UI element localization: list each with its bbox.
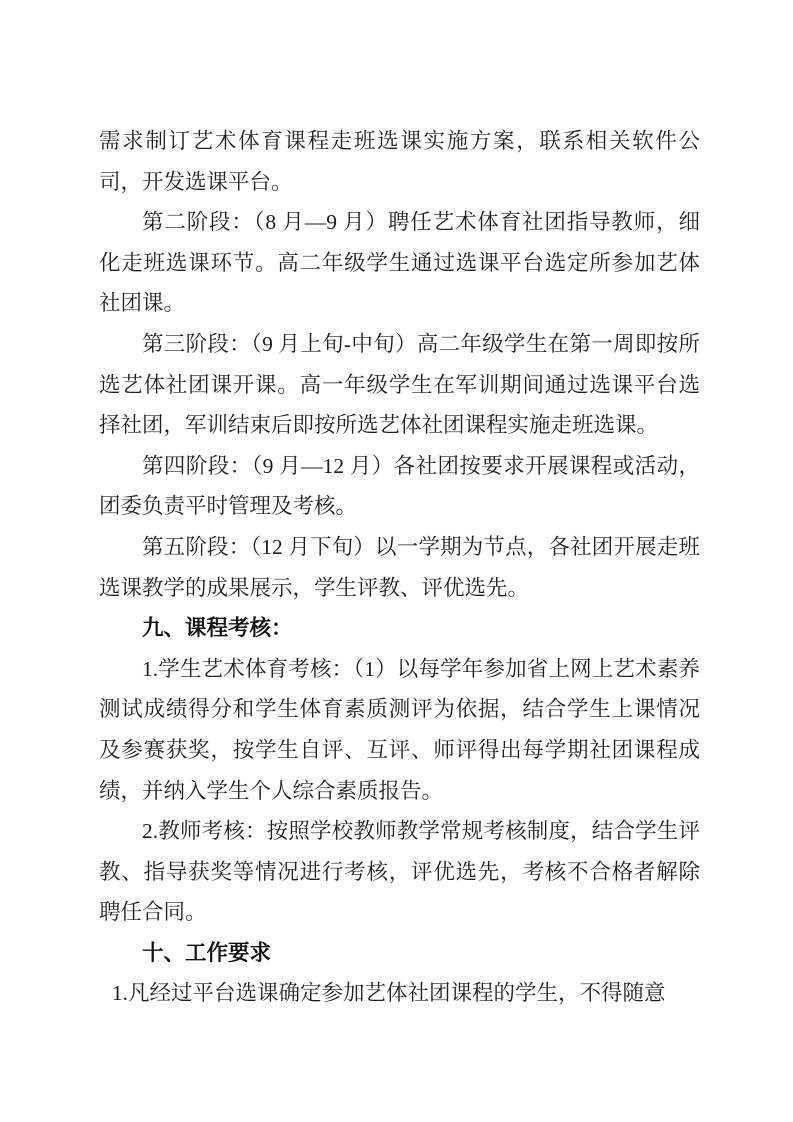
paragraph-phase3: 第三阶段：（9 月上旬-中旬）高二年级学生在第一周即按所选艺体社团课开课。高一年… (99, 324, 700, 446)
document-page: 需求制订艺术体育课程走班选课实施方案，联系相关软件公司，开发选课平台。 第二阶段… (0, 0, 793, 1122)
section-heading-ten-work-requirements: 十、工作要求 (99, 933, 700, 974)
paragraph-student-assessment: 1.学生艺术体育考核：（1）以每学年参加省上网上艺术素养测试成绩得分和学生体育素… (99, 649, 700, 811)
section-heading-nine-course-assessment: 九、课程考核： (99, 608, 700, 649)
paragraph-phase2: 第二阶段：（8 月—9 月）聘任艺术体育社团指导教师，细化走班选课环节。高二年级… (99, 202, 700, 324)
paragraph-phase1-continuation: 需求制订艺术体育课程走班选课实施方案，联系相关软件公司，开发选课平台。 (99, 121, 700, 202)
paragraph-teacher-assessment: 2.教师考核：按照学校教师教学常规考核制度，结合学生评教、指导获奖等情况进行考核… (99, 811, 700, 933)
paragraph-phase5: 第五阶段：（12 月下旬）以一学期为节点，各社团开展走班选课教学的成果展示，学生… (99, 527, 700, 608)
paragraph-requirement-1: 1.凡经过平台选课确定参加艺体社团课程的学生，不得随意 (99, 973, 700, 1014)
document-content: 需求制订艺术体育课程走班选课实施方案，联系相关软件公司，开发选课平台。 第二阶段… (99, 121, 700, 1014)
paragraph-phase4: 第四阶段：（9 月—12 月）各社团按要求开展课程或活动，团委负责平时管理及考核… (99, 446, 700, 527)
